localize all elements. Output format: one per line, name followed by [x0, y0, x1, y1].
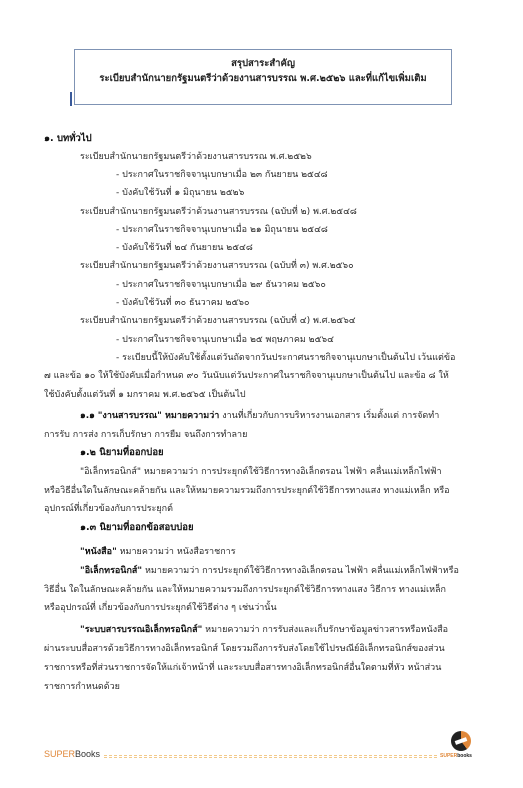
reg-3-announce: - ประกาศในราชกิจจานุเบกษาเมื่อ ๒๙ ธันวาค… [116, 279, 326, 291]
reg-1-name: ระเบียบสำนักนายกรัฐมนตรีว่าด้วยงานสารบรร… [80, 151, 312, 163]
s1-3-def-3-line-1: "ระบบสารบรรณอิเล็กทรอนิกส์" หมายความว่า … [80, 624, 448, 636]
s1-2-line-3: อุปกรณ์ที่เกี่ยวข้องกับการประยุกต์ [44, 503, 173, 515]
section-1-heading: ๑. บททั่วไป [44, 133, 92, 145]
logo-text-books: books [457, 753, 472, 759]
footer-divider [104, 755, 437, 758]
s1-2-line-2: หรือวิธีอื่นใดในลักษณะคล้ายกัน และให้หมา… [44, 485, 450, 497]
def-3-term: "ระบบสารบรรณอิเล็กทรอนิกส์" [80, 625, 202, 635]
s1-3-heading: ๑.๓ นิยามที่ออกข้อสอบบ่อย [80, 522, 194, 534]
reg-3-name: ระเบียบสำนักนายกรัฐมนตรีว่าด้วยงานสารบรร… [80, 260, 354, 272]
logo-text: SUPERbooks [440, 753, 472, 759]
def-2-text: หมายความว่า การประยุกต์ใช้วิธีการทางอิเล… [142, 566, 459, 576]
s1-3-def-2-line-1: "อิเล็กทรอนิกส์" หมายความว่า การประยุกต์… [80, 565, 459, 577]
s1-3-def-2-line-2: วิธีอื่น ใดในลักษณะคล้ายกัน และให้หมายคว… [44, 584, 446, 596]
title-accent-bar [70, 92, 72, 106]
s1-1-number: ๑.๑ [80, 411, 95, 421]
def-1-text: หมายความว่า หนังสือราชการ [117, 547, 236, 557]
s1-3-def-2-line-3: หรืออุปกรณ์ที่ เกี่ยวข้องกับการประยุกต์ใ… [44, 602, 277, 614]
reg-2-name: ระเบียบสำนักนายกรัฐมนตรีว่าด้วนงานสารบรร… [80, 206, 357, 218]
logo-text-super: SUPER [440, 753, 457, 759]
s1-3-def-3-line-4: ราชการกำหนดด้วย [44, 681, 120, 693]
reg-1-announce: - ประกาศในราชกิจจานุเบกษาเมื่อ ๒๓ กันยาย… [116, 169, 328, 181]
reg-4-announce: - ประกาศในราชกิจจานุเบกษาเมื่อ ๒๕ พฤษภาค… [116, 334, 334, 346]
reg-1-effective: - บังคับใช้วันที่ ๑ มิถุนายน ๒๕๒๖ [116, 187, 244, 199]
s1-2-heading: ๑.๒ นิยามที่ออกบ่อย [80, 447, 164, 459]
s1-1-line-1: ๑.๑ "งานสารบรรณ" หมายความว่า งานที่เกี่ย… [80, 410, 439, 422]
s1-1-definition: งานที่เกี่ยวกับการบริหารงานเอกสาร เริ่มต… [222, 411, 439, 421]
document-page: สรุปสาระสำคัญ ระเบียบสำนักนายกรัฐมนตรีว่… [0, 0, 523, 788]
superbooks-logo: SUPERbooks [440, 731, 484, 761]
footer-brand: SUPERBooks [44, 749, 100, 759]
reg-3-effective: - บังคับใช้วันที่ ๓๐ ธันวาคม ๒๕๖๐ [116, 297, 249, 309]
s1-1-line-2: การรับ การส่ง การเก็บรักษา การยืม จนถึงก… [44, 429, 247, 441]
reg-4-effective-line-1: - ระเบียบนี้ให้บังคับใช้ตั้งแต่วันถัดจาก… [116, 352, 455, 364]
logo-swirl-icon [451, 731, 471, 751]
reg-2-effective: - บังคับใช้วันที่ ๒๔ กันยายน ๒๕๔๘ [116, 242, 253, 254]
reg-4-name: ระเบียบสำนักนายกรัฐมนตรีว่าด้วยงานสารบรร… [80, 315, 356, 327]
title-subheading: ระเบียบสำนักนายกรัฐมนตรีว่าด้วยงานสารบรร… [75, 71, 451, 87]
def-2-term: "อิเล็กทรอนิกส์" [80, 566, 142, 576]
def-1-term: "หนังสือ" [80, 547, 117, 557]
def-3-text: หมายความว่า การรับส่งและเก็บรักษาข้อมูลข… [202, 625, 448, 635]
footer-brand-super: SUPER [44, 749, 75, 759]
s1-3-def-3-line-2: ผ่านระบบสื่อสารด้วยวิธีการทางอิเล็กทรอนิ… [44, 643, 445, 655]
s1-1-term: "งานสารบรรณ" หมายความว่า [98, 411, 220, 421]
title-box: สรุปสาระสำคัญ ระเบียบสำนักนายกรัฐมนตรีว่… [74, 49, 452, 105]
footer-brand-books: Books [75, 749, 100, 759]
title-heading: สรุปสาระสำคัญ [75, 57, 451, 71]
s1-3-def-3-line-3: ราชการหรือที่ส่วนราชการจัดให้แก่เจ้าหน้า… [44, 662, 441, 674]
reg-4-effective-line-3: ใช้บังคับตั้งแต่วันที่ ๑ มกราคม พ.ศ.๒๕๖๕… [44, 389, 246, 401]
s1-2-line-1: "อิเล็กทรอนิกส์" หมายความว่า การประยุกต์… [80, 466, 442, 478]
reg-4-effective-line-2: ๗ และข้อ ๑๐ ให้ใช้บังคับเมื่อกำหนด ๙๐ วั… [44, 370, 449, 382]
s1-3-def-1: "หนังสือ" หมายความว่า หนังสือราชการ [80, 546, 236, 558]
reg-2-announce: - ประกาศในราชกิจจานุเบกษาเมื่อ ๒๑ มิถุนา… [116, 224, 328, 236]
